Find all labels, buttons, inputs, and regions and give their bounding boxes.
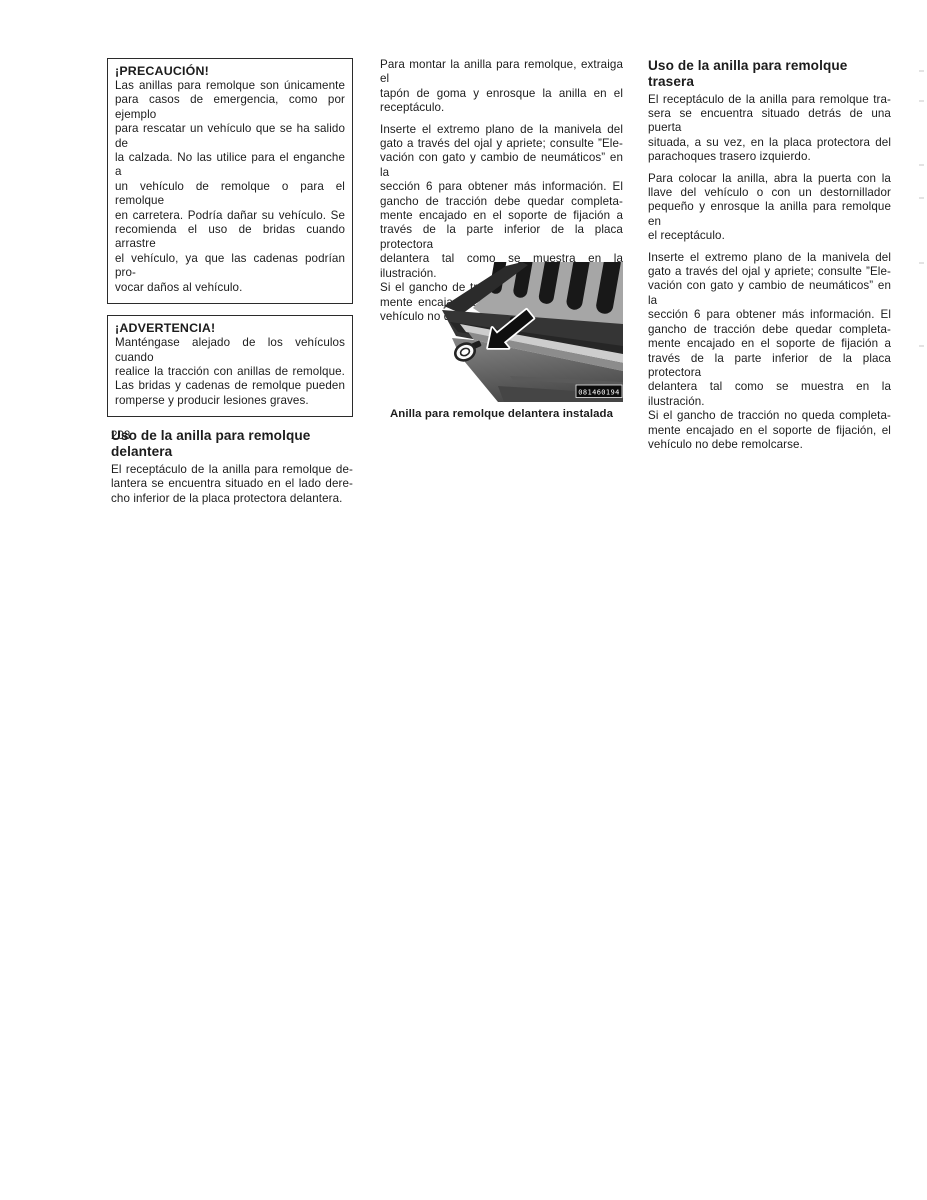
text-line: cho inferior de la placa protectora dela… <box>111 492 353 506</box>
text-line: gancho de tracción debe quedar completa- <box>648 323 891 337</box>
caution-box: ¡PRECAUCIÓN! Las anillas para remolque s… <box>107 58 353 304</box>
text-line: parachoques trasero izquierdo. <box>648 150 891 164</box>
text-line: sección 6 para obtener más información. … <box>648 308 891 322</box>
text-line: mente encajado en el soporte de fijación… <box>648 337 891 351</box>
rear-tow-paragraph-2: Para colocar la anilla, abra la puerta c… <box>648 172 891 244</box>
text-line: gato a través del ojal y apriete; consul… <box>648 265 891 279</box>
text-line: Manténgase alejado de los vehículos cuan… <box>115 336 345 365</box>
text-line: Uso de la anilla para remolque <box>111 428 353 444</box>
text-line: El receptáculo de la anilla para remolqu… <box>648 93 891 107</box>
text-line: delantera <box>111 444 353 460</box>
text-line: vación con gato y cambio de neumáticos” … <box>380 151 623 180</box>
scan-artifact <box>919 345 924 347</box>
text-line: realice la tracción con anillas de remol… <box>115 365 345 379</box>
text-line: través de la parte inferior de la placa … <box>648 352 891 381</box>
text-line: receptáculo. <box>380 101 623 115</box>
text-line: Inserte el extremo plano de la manivela … <box>380 123 623 137</box>
scan-artifact <box>919 164 924 166</box>
text-line: trasera <box>648 74 891 90</box>
front-tow-section-body: El receptáculo de la anilla para remolqu… <box>111 463 353 506</box>
front-tow-figure: 081460194 Anilla para remolque delantera… <box>380 262 623 421</box>
text-line: recomienda el uso de bridas cuando arras… <box>115 223 345 252</box>
rear-tow-paragraph-1: El receptáculo de la anilla para remolqu… <box>648 93 891 165</box>
caution-box-title: ¡PRECAUCIÓN! <box>115 63 345 79</box>
text-line: El receptáculo de la anilla para remolqu… <box>111 463 353 477</box>
text-line: mente encajado en el soporte de fijación… <box>380 209 623 223</box>
text-line: el receptáculo. <box>648 229 891 243</box>
text-line: Para montar la anilla para remolque, ext… <box>380 58 623 87</box>
text-line: romperse y producir lesiones graves. <box>115 394 345 408</box>
manual-page: { "page": { "number": "208" }, "left_col… <box>0 0 927 1200</box>
text-line: gato a través del ojal y apriete; consul… <box>380 137 623 151</box>
text-line: tapón de goma y enrosque la anilla en el <box>380 87 623 101</box>
text-line: sección 6 para obtener más información. … <box>380 180 623 194</box>
warning-box-body: Manténgase alejado de los vehículos cuan… <box>115 336 345 408</box>
right-column: Uso de la anilla para remolquetrasera El… <box>648 58 891 459</box>
vehicle-front-illustration: 081460194 <box>380 262 623 402</box>
left-column: ¡PRECAUCIÓN! Las anillas para remolque s… <box>107 58 353 513</box>
rear-tow-paragraph-3: Inserte el extremo plano de la manivela … <box>648 251 891 453</box>
text-line: vación con gato y cambio de neumáticos” … <box>648 279 891 308</box>
text-line: lantera se encuentra situado en el lado … <box>111 477 353 491</box>
caution-box-body: Las anillas para remolque son únicamente… <box>115 79 345 295</box>
text-line: pequeño y enrosque la anilla para remolq… <box>648 200 891 229</box>
figure-caption: Anilla para remolque delantera instalada <box>380 408 623 421</box>
text-line: gancho de tracción debe quedar completa- <box>380 195 623 209</box>
warning-box: ¡ADVERTENCIA! Manténgase alejado de los … <box>107 315 353 417</box>
text-line: para casos de emergencia, como por ejemp… <box>115 93 345 122</box>
text-line: situada, a su vez, en la placa protector… <box>648 136 891 150</box>
scan-artifact <box>919 197 924 199</box>
text-line: en carretera. Podría dañar su vehículo. … <box>115 209 345 223</box>
scan-artifact <box>919 262 924 264</box>
page-number: 208 <box>111 429 130 442</box>
front-tow-section-heading: Uso de la anilla para remolquedelantera <box>111 428 353 460</box>
text-line: Las bridas y cadenas de remolque pueden <box>115 379 345 393</box>
text-line: delantera tal como se muestra en la ilus… <box>648 380 891 409</box>
text-line: sera se encuentra situado detrás de una … <box>648 107 891 136</box>
text-line: Inserte el extremo plano de la manivela … <box>648 251 891 265</box>
text-line: Para colocar la anilla, abra la puerta c… <box>648 172 891 186</box>
text-line: través de la parte inferior de la placa … <box>380 223 623 252</box>
text-line: el vehículo, ya que las cadenas podrían … <box>115 252 345 281</box>
figure-code-text: 081460194 <box>578 389 620 397</box>
text-line: vehículo no debe remolcarse. <box>648 438 891 452</box>
scan-artifact <box>919 100 924 102</box>
text-line: Las anillas para remolque son únicamente <box>115 79 345 93</box>
warning-box-title: ¡ADVERTENCIA! <box>115 320 345 336</box>
text-line: mente encajado en el soporte de fijación… <box>648 424 891 438</box>
text-line: Uso de la anilla para remolque <box>648 58 891 74</box>
text-line: vocar daños al vehículo. <box>115 281 345 295</box>
text-line: Si el gancho de tracción no queda comple… <box>648 409 891 423</box>
text-line: llave del vehículo o con un destornillad… <box>648 186 891 200</box>
text-line: para rescatar un vehículo que se ha sali… <box>115 122 345 151</box>
text-line: la calzada. No las utilice para el engan… <box>115 151 345 180</box>
scan-artifact <box>919 70 924 72</box>
figure-code-label: 081460194 <box>576 385 622 398</box>
front-tow-paragraph-1: Para montar la anilla para remolque, ext… <box>380 58 623 116</box>
rear-tow-section-heading: Uso de la anilla para remolquetrasera <box>648 58 891 90</box>
text-line: un vehículo de remolque o para el remolq… <box>115 180 345 209</box>
